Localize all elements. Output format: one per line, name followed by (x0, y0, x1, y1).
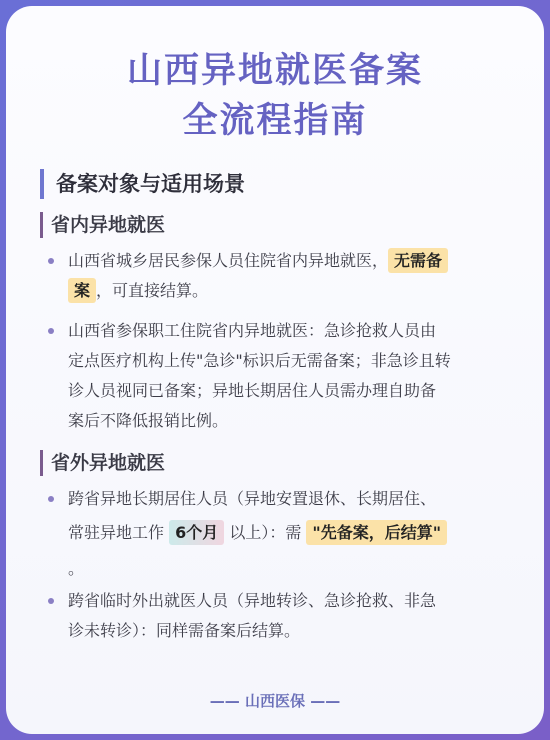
bullet-text: 诊人员视同已备案；异地长期居住人员需办理自助备 (68, 376, 526, 406)
bullet-dot-icon (48, 258, 54, 264)
highlight-rule: "先备案，后结算" (306, 520, 447, 545)
subheading-in-province: 省内异地就医 (40, 212, 165, 238)
bullet-dot-icon (48, 598, 54, 604)
bullet-text: 诊未转诊）：同样需备案后结算。 (68, 616, 526, 646)
page-title: 山西异地就医备案 全流程指南 (6, 46, 544, 146)
bullet-text: 跨省异地长期居住人员（异地安置退休、长期居住、 (68, 484, 526, 514)
highlight-duration: 6个月 (169, 520, 224, 545)
bullet-text: 案后不降低报销比例。 (68, 406, 526, 436)
bullet-text: 以上）：需 (224, 523, 306, 542)
bullet-text: 定点医疗机构上传"急诊"标识后无需备案；非急诊且转 (68, 346, 526, 376)
bullet-text: 跨省临时外出就医人员（异地转诊、急诊抢救、非急 (68, 586, 526, 616)
bullet-text: 山西省参保职工住院省内异地就医：急诊抢救人员由 (68, 316, 526, 346)
bullet-text: 。 (68, 554, 526, 584)
list-item: 山西省参保职工住院省内异地就医：急诊抢救人员由 定点医疗机构上传"急诊"标识后无… (46, 316, 526, 436)
title-line-2: 全流程指南 (6, 96, 544, 146)
bullet-dot-icon (48, 328, 54, 334)
highlight-no-filing: 无需备 (388, 248, 448, 273)
bullet-text: 常驻异地工作 (68, 523, 169, 542)
bullet-text: 山西省城乡居民参保人员住院省内异地就医， (68, 251, 388, 270)
title-line-1: 山西异地就医备案 (6, 46, 544, 96)
list-item: 跨省异地长期居住人员（异地安置退休、长期居住、 常驻异地工作 6个月 以上）：需… (46, 484, 526, 584)
highlight-no-filing-cont: 案 (68, 278, 96, 303)
guide-card: 山西异地就医备案 全流程指南 备案对象与适用场景 省内异地就医 山西省城乡居民参… (6, 6, 544, 734)
footer-source: —— 山西医保 —— (6, 690, 544, 711)
list-item: 山西省城乡居民参保人员住院省内异地就医，无需备 案，可直接结算。 (46, 246, 526, 306)
bullet-text: ，可直接结算。 (96, 281, 208, 300)
bullet-dot-icon (48, 496, 54, 502)
section-heading: 备案对象与适用场景 (40, 169, 245, 199)
subheading-out-province: 省外异地就医 (40, 450, 165, 476)
list-item: 跨省临时外出就医人员（异地转诊、急诊抢救、非急 诊未转诊）：同样需备案后结算。 (46, 586, 526, 646)
